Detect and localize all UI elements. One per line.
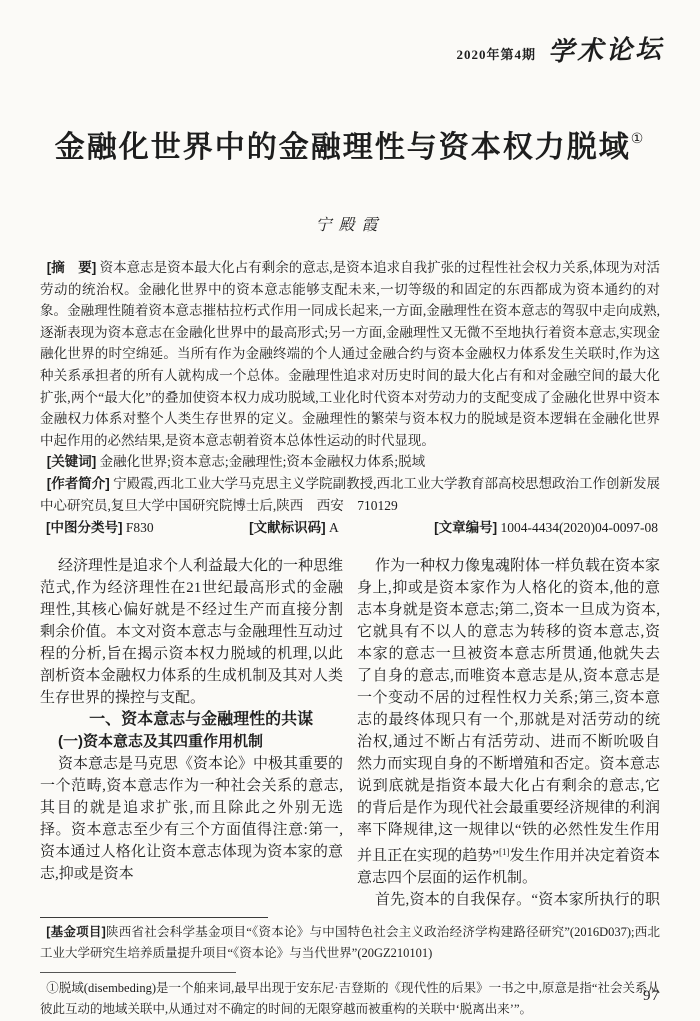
article-id-label: [文章编号] xyxy=(434,520,497,535)
citation-mark-1: [1] xyxy=(499,847,510,857)
footnote-separator-rule xyxy=(40,972,236,973)
keywords-label: [关键词] xyxy=(47,454,97,469)
body-paragraph-continued: 作为一种权力像鬼魂附体一样负载在资本家身上,抑或是资本家作为人格化的资本,他的意… xyxy=(357,555,660,889)
section-heading-1: 一、资本意志与金融理性的共谋 xyxy=(40,709,343,731)
article-id-value: 1004-4434(2020)04-0097-08 xyxy=(501,520,658,535)
fund-text: 陕西省社会科学基金项目“《资本论》与中国特色社会主义政治经济学构建路径研究”(2… xyxy=(40,925,660,960)
page-number: 97 xyxy=(643,988,660,1005)
classification-row: [中图分类号] F830 [文献标识码] A [文章编号] 1004-4434(… xyxy=(40,516,660,539)
footnote-1: ①脱域(disembeding)是一个舶来词,最早出现于安东尼·吉登斯的《现代性… xyxy=(40,978,660,1020)
bio-text: 宁殿霞,西北工业大学马克思主义学院副教授,西北工业大学教育部高校思想政治工作创新… xyxy=(40,476,660,513)
body-columns: 经济理性是追求个人利益最大化的一种思维范式,作为经济理性在21世纪最高形式的金融… xyxy=(40,555,660,911)
keywords: [关键词] 金融化世界;资本意志;金融理性;资本金融权力体系;脱域 xyxy=(40,451,660,473)
fund-label: [基金项目] xyxy=(46,925,106,939)
bio-label: [作者简介] xyxy=(47,476,110,491)
page-header: 2020年第4期 学术论坛 xyxy=(456,30,664,67)
body-paragraph: 资本意志是马克思《资本论》中极其重要的一个范畴,资本意志作为一种社会关系的意志,… xyxy=(40,753,343,885)
doc-code-label: [文献标识码] xyxy=(249,520,326,535)
article-title: 金融化世界中的金融理性与资本权力脱域① xyxy=(40,0,660,170)
abstract-text: 资本意志是资本最大化占有剩余的意志,是资本追求自我扩张的过程性社会权力关系,体现… xyxy=(40,260,660,448)
author-bio: [作者简介] 宁殿霞,西北工业大学马克思主义学院副教授,西北工业大学教育部高校思… xyxy=(40,473,660,516)
document-code: [文献标识码] A xyxy=(249,517,339,539)
right-column: 作为一种权力像鬼魂附体一样负载在资本家身上,抑或是资本家作为人格化的资本,他的意… xyxy=(357,555,660,911)
abstract: [摘 要] 资本意志是资本最大化占有剩余的意志,是资本追求自我扩张的过程性社会权… xyxy=(40,257,660,451)
clc-number: [中图分类号] F830 xyxy=(46,517,154,539)
fund-project: [基金项目]陕西省社会科学基金项目“《资本论》与中国特色社会主义政治经济学构建路… xyxy=(40,922,660,964)
abstract-label: [摘 要] xyxy=(47,260,97,275)
body-paragraph: 首先,资本的自我保存。“资本家所执行的职能,不过是用意识和意志来执行的资本本身的… xyxy=(357,889,660,911)
clc-label: [中图分类号] xyxy=(46,520,123,535)
intro-paragraph: 经济理性是追求个人利益最大化的一种思维范式,作为经济理性在21世纪最高形式的金融… xyxy=(40,555,343,709)
subsection-heading-1-1: (一)资本意志及其四重作用机制 xyxy=(40,731,343,753)
fund-separator-rule xyxy=(40,917,268,918)
journal-page: 2020年第4期 学术论坛 金融化世界中的金融理性与资本权力脱域① 宁殿霞 [摘… xyxy=(0,0,700,1021)
author-name: 宁殿霞 xyxy=(40,212,660,235)
clc-value: F830 xyxy=(126,520,154,535)
title-footnote-mark: ① xyxy=(631,130,646,146)
doc-code-value: A xyxy=(329,520,339,535)
article-id: [文章编号] 1004-4434(2020)04-0097-08 xyxy=(434,517,658,539)
article-title-text: 金融化世界中的金融理性与资本权力脱域 xyxy=(55,131,631,164)
left-column: 经济理性是追求个人利益最大化的一种思维范式,作为经济理性在21世纪最高形式的金融… xyxy=(40,555,343,911)
article-meta: [摘 要] 资本意志是资本最大化占有剩余的意志,是资本追求自我扩张的过程性社会权… xyxy=(40,257,660,539)
issue-label: 2020年第4期 xyxy=(456,44,536,63)
journal-name-calligraphy: 学术论坛 xyxy=(548,28,665,68)
keywords-text: 金融化世界;资本意志;金融理性;资本金融权力体系;脱域 xyxy=(100,454,426,469)
paragraph-text: 作为一种权力像鬼魂附体一样负载在资本家身上,抑或是资本家作为人格化的资本,他的意… xyxy=(357,558,660,864)
